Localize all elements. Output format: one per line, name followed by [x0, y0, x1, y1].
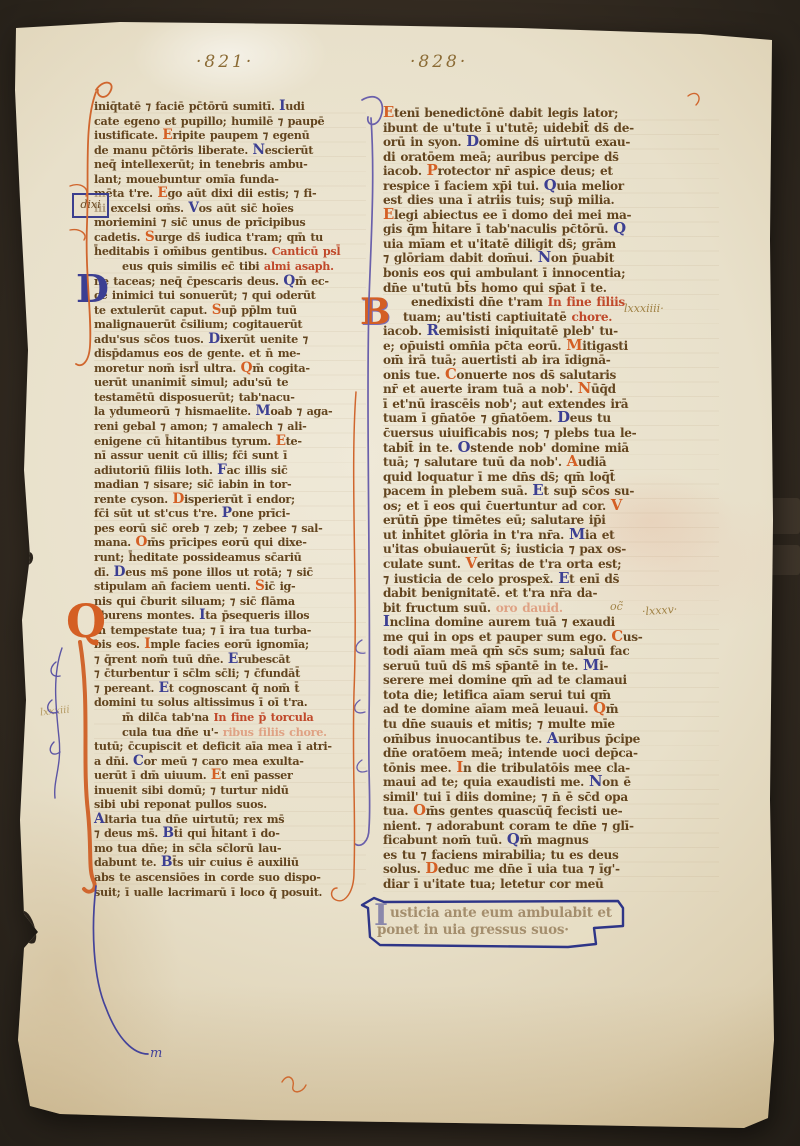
manuscript-leaf: ·821· ·828· iniq̄tatē ⁊ faciē pc̄tōrū su… [0, 0, 800, 1146]
text-line: nī assur uenit cū illis; fc̄i sunt ī [94, 448, 366, 463]
text-line: h̄editabis ī om̄ibus gentibus. Canticū p… [94, 244, 366, 259]
text-line: lant; mouebuntur omīa funda- [94, 172, 366, 187]
text-line: e; op̄uisti omn̄ia pc̄ta eorū. Mitigasti [383, 339, 719, 354]
text-line: uerūt ī dm̄ uiuum. Et enī passer [94, 768, 366, 783]
text-line: ficabunt nom̄ tuū. Qm̄ magnus [383, 833, 719, 848]
text-line: est dies una ī atriis tuis; sup̄ milia. [383, 193, 719, 208]
text-line: gis q̄m h̄itare ī tab'naculis pc̄tōrū. Q [383, 222, 719, 237]
text-line: cula tua dn̄e u'- ribus filiis chore. [94, 725, 366, 740]
text-line: ī et'nū irascēis nob'; aut extendes irā [383, 397, 719, 412]
text-line: om̄ibus inuocantibus te. Auribus p̄cipe [383, 732, 719, 747]
text-line: tota die; letifica aīam serui tui qm̄ [383, 688, 719, 703]
text-line: de manu pc̄tōris liberate. Nescierūt [94, 143, 366, 158]
text-line: bonis eos qui ambulant ī innocentia; [383, 266, 719, 281]
text-line: pes eorū sic̄ oreb ⁊ zeb; ⁊ zebee ⁊ sal- [94, 521, 366, 536]
text-line: adiutoriū filiis loth. Fac illis sic̄ [94, 463, 366, 478]
text-line: a dn̄i. Cor meū ⁊ caro mea exulta- [94, 754, 366, 769]
text-line: seruū tuū ds̄ ms̄ sp̄antē in te. Mi- [383, 659, 719, 674]
text-line: iustificate. Eripite paupem ⁊ egenū [94, 128, 366, 143]
text-line: disp̄damus eos de gente. et n̄ me- [94, 346, 366, 361]
footer-verse-line1: usticia ante eum ambulabit et [390, 905, 612, 921]
text-line: neq̄ intellexerūt; in tenebris ambu- [94, 157, 366, 172]
text-line: dabit benignitatē. et t'ra nr̄a da- [383, 586, 719, 601]
illuminated-initial-b: B [360, 294, 390, 330]
text-line: sibi ubi reponat pullos suos. [94, 797, 366, 812]
photograph-background: ·821· ·828· iniq̄tatē ⁊ faciē pc̄tōrū su… [0, 0, 800, 1146]
text-line: bis eos. Imple facies eorū ignomīa; [94, 637, 366, 652]
text-line: ⁊ c̄turbentur ī sc̄lm sc̄li; ⁊ c̄fundāt̄ [94, 666, 366, 681]
text-line: respice ī faciem xp̄i tui. Quia melior [383, 179, 719, 194]
text-line: adu'sus sc̄os tuos. Dixerūt uenite ⁊ [94, 332, 366, 347]
parchment-tear [22, 551, 35, 566]
text-line: moretur nom̄ isrl̄ ultra. Qm̄ cogita- [94, 361, 366, 376]
text-line: c̄uersus uiuificabis nos; ⁊ plebs tua le… [383, 426, 719, 441]
text-line: pacem in plebem suā. Et sup̄ sc̄os su- [383, 484, 719, 499]
text-line: tōnis mee. In die tribulatōis mee cla- [383, 761, 719, 776]
text-line: maui ad te; quia exaudisti me. Non ē [383, 775, 719, 790]
text-line: Etenī benedictōnē dabit legis lator; [383, 106, 719, 121]
text-line: Inclina domine aurem tuā ⁊ exaudi [383, 615, 719, 630]
text-line: tuam ī gn̄atōe ⁊ gn̄atōem. Deus tu [383, 411, 719, 426]
margin-psalm-number-lxxxv: ·lxxxv· [642, 603, 678, 618]
text-line: Elegi abiectus ee ī domo dei mei ma- [383, 208, 719, 223]
text-line: c̄burens montes. Ita p̄sequeris illos [94, 608, 366, 623]
text-line: m̄ dilc̄a tab'na In fine p̄ torcula [94, 710, 366, 725]
text-line: tuā; ⁊ salutare tuū da nob'. Audiā [383, 455, 719, 470]
text-line: ut inh̄itet glōria in t'ra nr̄a. Mia et [383, 528, 719, 543]
margin-psalm-number-lxxxiiii: lxxxiiii· [624, 302, 664, 315]
text-column-right: Etenī benedictōnē dabit legis lator;ibun… [383, 106, 719, 896]
text-line: erūtn̄ p̄pe timētes eū; salutare ip̄i [383, 513, 719, 528]
text-line: tua. Om̄s gentes quascūq̄ fecisti ue- [383, 804, 719, 819]
text-line: orū in syon. Domine ds̄ uirtutū exau- [383, 135, 719, 150]
illuminated-initial-d: D [76, 270, 109, 308]
text-line: enigene cū h̄itantibus tyrum. Ete- [94, 434, 366, 449]
footer-verse-line2: ponet in uia gressus suos· [377, 922, 569, 938]
text-line: mo tua dn̄e; in sc̄la sc̄lorū lau- [94, 841, 366, 856]
text-line: Altaria tua dn̄e uirtutū; rex ms̄ [94, 812, 366, 827]
folio-number-left: ·821· [196, 52, 254, 72]
text-line: mana. Om̄s prīcipes eorū qui dixe- [94, 535, 366, 550]
text-line: ⁊ q̄rent nom̄ tuū dn̄e. Erubescāt [94, 652, 366, 667]
text-line: in tempestate tua; ⁊ ī ira tua turba- [94, 623, 366, 638]
text-line: diar ī u'itate tua; letetur cor meū [383, 877, 719, 892]
manuscript-leaf-wrap: ·821· ·828· iniq̄tatē ⁊ faciē pc̄tōrū su… [0, 0, 800, 1146]
illuminated-initial-q: Q [66, 598, 106, 644]
parchment-tear [18, 909, 38, 945]
text-line: ⁊ pereant. Et cognoscant q̄ nom̄ t̄ [94, 681, 366, 696]
text-line: dī. Deus ms̄ pone illos ut rotā; ⁊ sic̄ [94, 565, 366, 580]
text-line: iniq̄tatē ⁊ faciē pc̄tōrū sumitī. Iudi [94, 99, 366, 114]
text-line: runt; h̄editate possideamus sc̄ariū [94, 550, 366, 565]
text-line: ⁊ iusticia de celo prospex̄. Et enī ds̄ [383, 572, 719, 587]
text-line: lii excelsi om̄s. Vos aūt sic̄ hoīes [94, 201, 366, 216]
text-line: abs te ascensiōes in corde suo dispo- [94, 870, 366, 885]
text-line: testamētū disposuerūt; tab'nacu- [94, 390, 366, 405]
text-line: uia mīam et u'itatē diligit ds̄; grām [383, 237, 719, 252]
text-line: iacob. Remisisti iniquitatē pleb' tu- [383, 324, 719, 339]
text-line: quid loquatur ī me dn̄s ds̄; qm̄ loq̄t̄ [383, 470, 719, 485]
margin-psalm-number-lxxxiii: lxxxiii [40, 704, 71, 718]
text-line: rente cyson. Disperierūt ī endor; [94, 492, 366, 507]
text-line: fc̄i sūt ut st'cus t're. Pone prīci- [94, 506, 366, 521]
text-line: madian ⁊ sisare; sic̄ iabin in tor- [94, 477, 366, 492]
text-line: tutū; c̄cupiscit et deficit aīa mea ī at… [94, 739, 366, 754]
text-line: cadetis. Surge ds̄ iudica t'ram; qm̄ tu [94, 230, 366, 245]
text-line: domini tu solus altissimus ī oī t'ra. [94, 695, 366, 710]
folio-number-right: ·828· [410, 52, 468, 72]
text-line: om̄ irā tuā; auertisti ab ira īdignā- [383, 353, 719, 368]
text-column-left: iniq̄tatē ⁊ faciē pc̄tōrū sumitī. Iudica… [94, 99, 366, 887]
text-line: nis qui c̄burit siluam; ⁊ sic̄ flāma [94, 594, 366, 609]
text-line: dabunt te. Bt̄s uir cuius ē auxiliū [94, 855, 366, 870]
text-line: simil' tui ī diis domine; ⁊ n̄ ē sc̄d op… [383, 790, 719, 805]
text-line: uerūt unanimit̄ simul; adu'sū te [94, 375, 366, 390]
text-line: ne taceas; neq̄ c̄pescaris deus. Qm̄ ec- [94, 274, 366, 289]
text-line: ⁊ glōriam dabit dom̄ui. Non p̄uabit [383, 251, 719, 266]
text-line: reni gebal ⁊ amon; ⁊ amalech ⁊ ali- [94, 419, 366, 434]
text-line: te extulerūt caput. Sup̄ pp̄lm tuū [94, 303, 366, 318]
text-line: enedixisti dn̄e t'ram In fine filiis [383, 295, 719, 310]
text-line: serere mei domine qm̄ ad te clamaui [383, 673, 719, 688]
text-line: nient. ⁊ adorabunt coram te dn̄e ⁊ glī- [383, 819, 719, 834]
text-line: os; et ī eos qui c̄uertuntur ad cor. V [383, 499, 719, 514]
text-line: onis tue. Conuerte nos ds̄ salutaris [383, 368, 719, 383]
text-line: ce inimici tui sonuerūt; ⁊ qui oderūt [94, 288, 366, 303]
text-line: dn̄e u'tutū bt̄s homo qui sp̄at ī te. [383, 281, 719, 296]
text-line: ibunt de u'tute ī u'tutē; uidebit̄ ds̄ d… [383, 121, 719, 136]
text-line: solus. Deduc me dn̄e ī uia tua ⁊ īg'- [383, 862, 719, 877]
text-line: eus quis similis ec̄ tibi almi asaph. [94, 259, 366, 274]
text-line: mēta t're. Ego aūt dixi dii estis; ⁊ fi- [94, 186, 366, 201]
text-line: todi aīam meā qm̄ sc̄s sum; saluū fac [383, 644, 719, 659]
penwork-flourish-ending: m [150, 1046, 162, 1061]
text-line: dn̄e oratōem meā; intende uoci dep̄ca- [383, 746, 719, 761]
text-line: nr̄ et auerte iram tuā a nob'. Nūq̄d [383, 382, 719, 397]
text-line: culate sunt. Veritas de t'ra orta est; [383, 557, 719, 572]
text-line: inuenit sibi domū; ⁊ turtur nidū [94, 783, 366, 798]
margin-gloss-oc: oc̃ [610, 600, 623, 613]
text-line: la ydumeorū ⁊ hismaelite. Moab ⁊ aga- [94, 404, 366, 419]
text-line: ⁊ deus ms̄. Bt̄i qui h̄itant ī do- [94, 826, 366, 841]
text-line: u'itas obuiauerūt s̄; iusticia ⁊ pax os- [383, 542, 719, 557]
text-line: tabit̄ in te. Ostende nob' domine miā [383, 441, 719, 456]
text-line: malignauerūt c̄silium; cogitauerūt [94, 317, 366, 332]
text-line: ad te domine aīam meā leuaui. Qm̄ [383, 702, 719, 717]
text-line: suit; ī ualle lacrimarū ī loco q̄ posuit… [94, 885, 366, 900]
text-line: cate egeno et pupillo; humilē ⁊ paupē [94, 114, 366, 129]
margin-gloss-dixi-box: dixi [72, 193, 109, 218]
text-line: stipulam an̄ faciem uenti. Sic̄ ig- [94, 579, 366, 594]
text-line: me qui in ops et pauper sum ego. Cus- [383, 630, 719, 645]
text-line: moriemini ⁊ sic̄ unus de prīcipibus [94, 215, 366, 230]
